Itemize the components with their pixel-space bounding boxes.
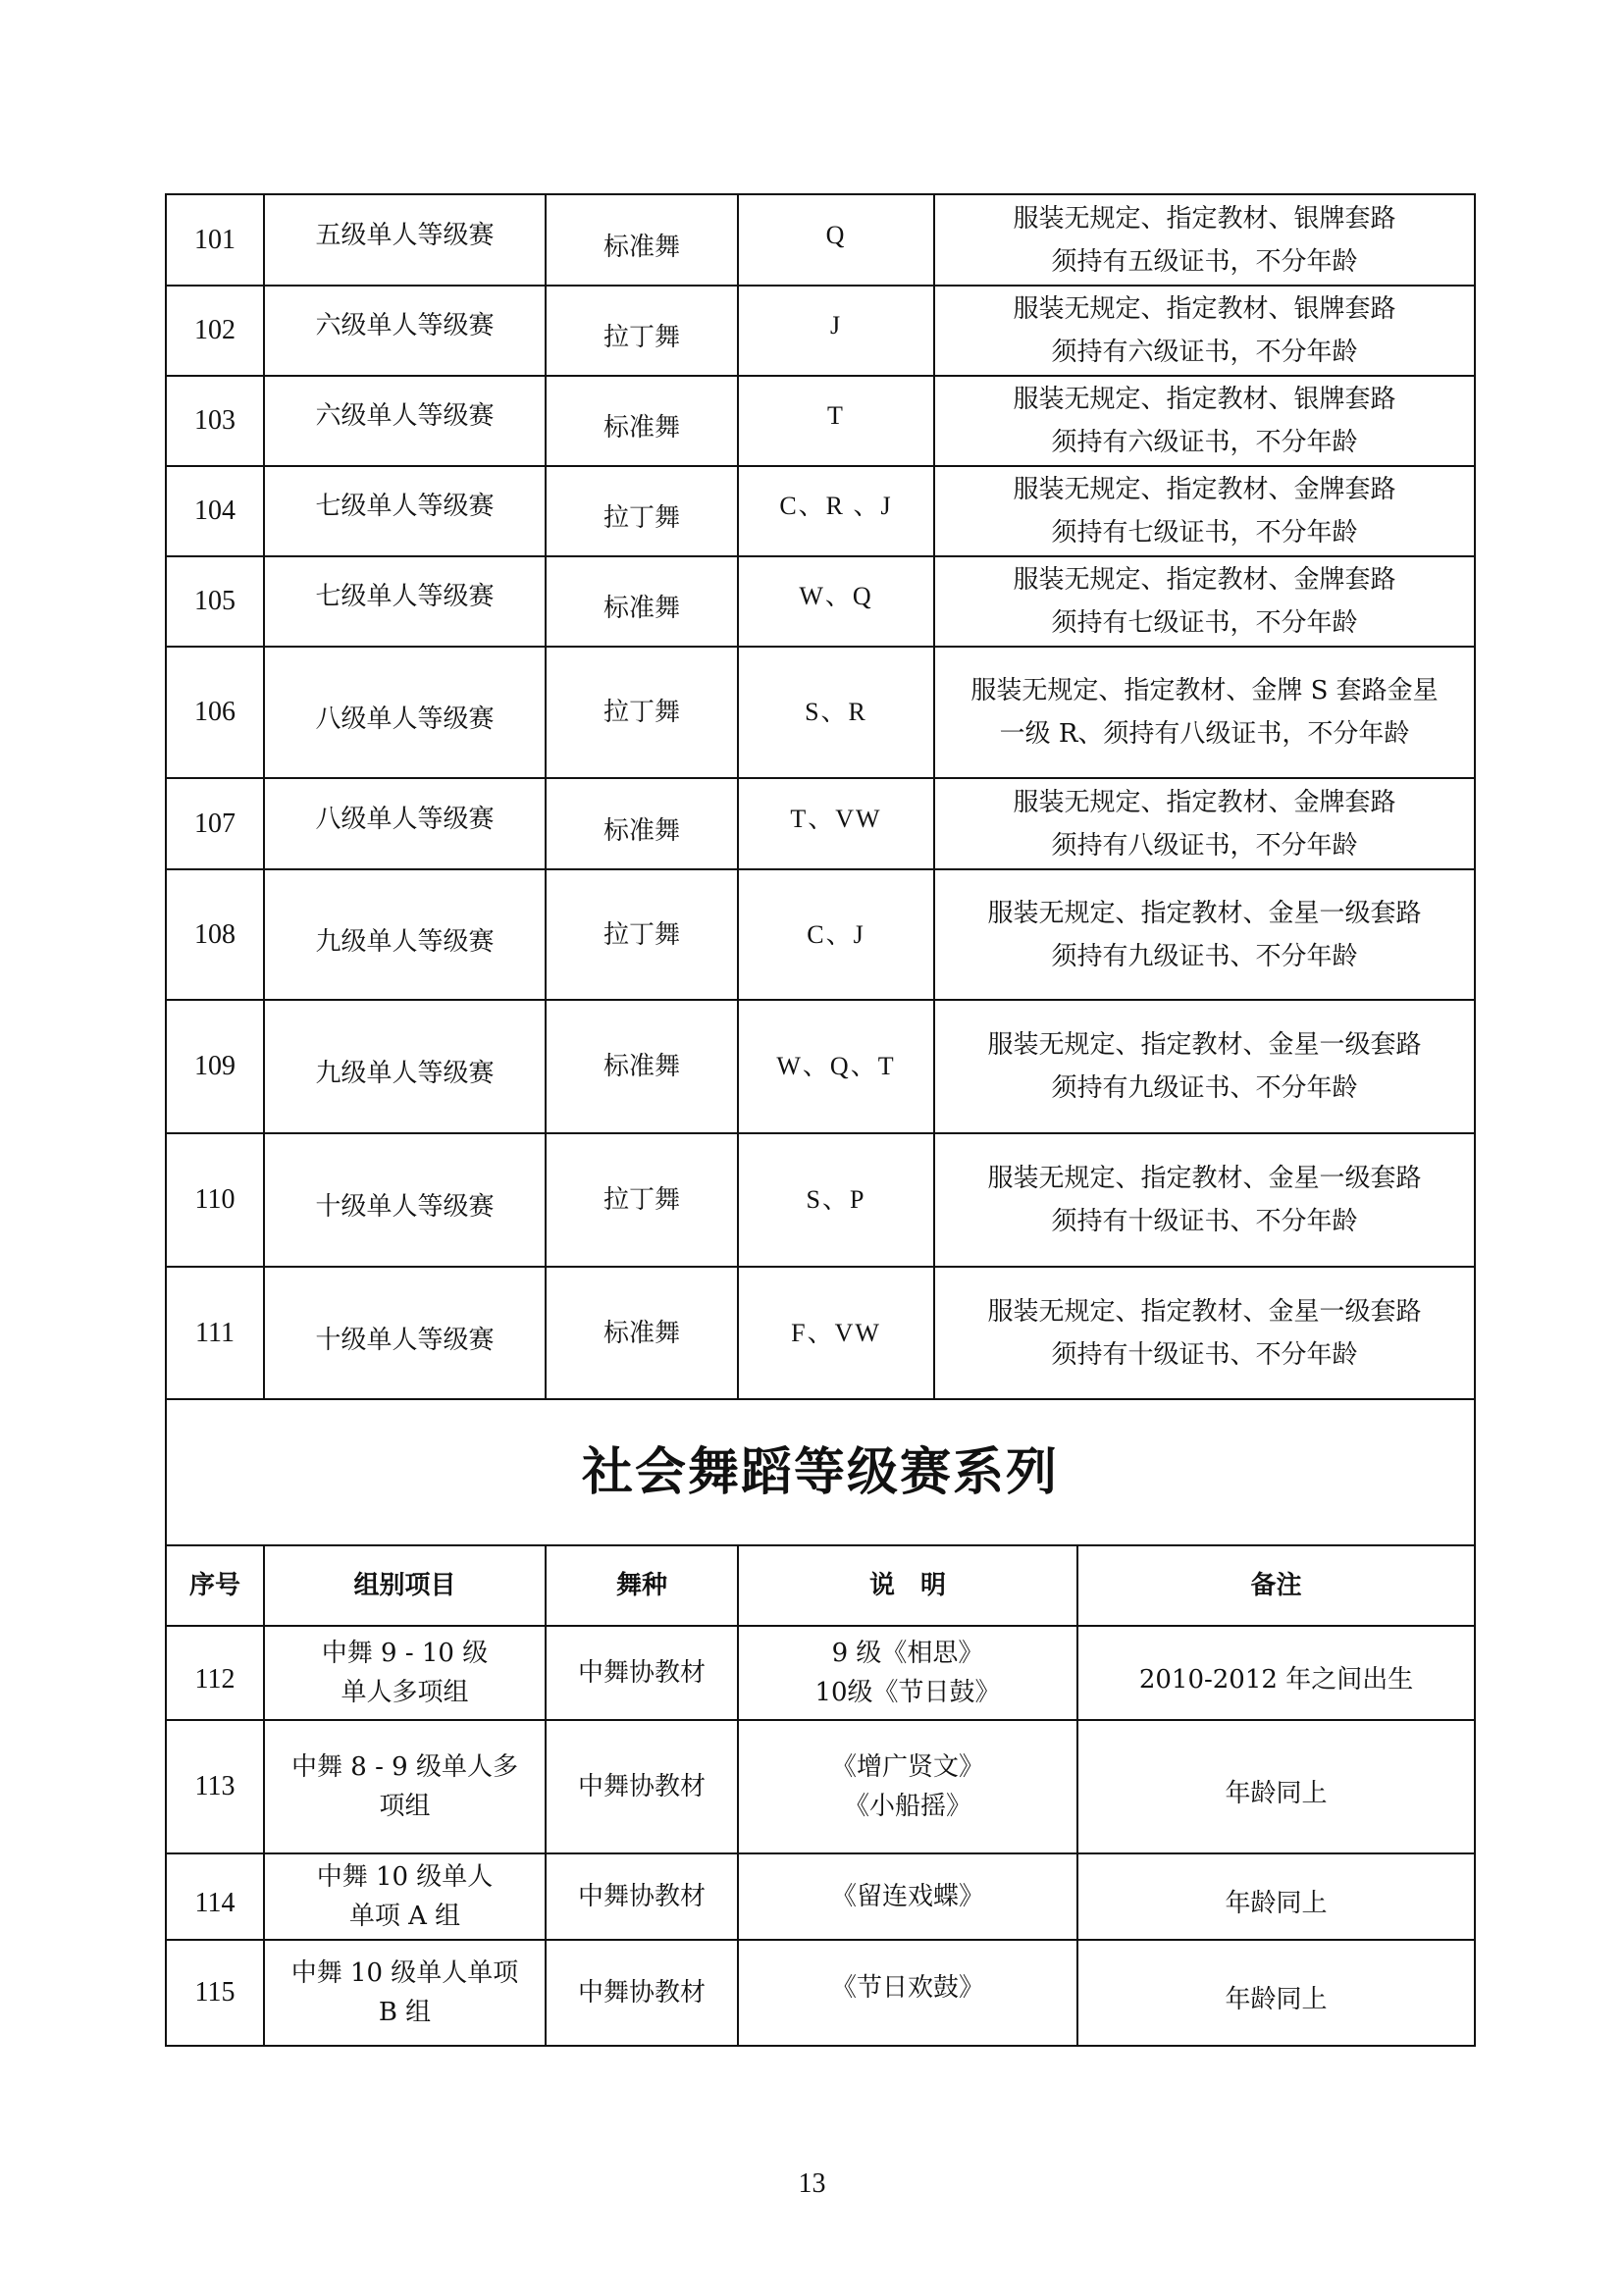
header-group: 组别项目 bbox=[264, 1545, 546, 1626]
row-number: 112 bbox=[166, 1626, 264, 1720]
group-name: 十级单人等级赛 bbox=[264, 1133, 546, 1267]
requirements-line-1: 服装无规定、指定教材、金牌套路 bbox=[941, 468, 1468, 511]
table-row: 107 八级单人等级赛 标准舞 T、VW 服装无规定、指定教材、金牌套路须持有八… bbox=[166, 778, 1475, 869]
dance-type: 中舞协教材 bbox=[546, 1853, 738, 1940]
requirements-line-2: 须持有五级证书，不分年龄 bbox=[941, 240, 1468, 284]
requirements-line-2: 须持有七级证书，不分年龄 bbox=[941, 511, 1468, 554]
remark: 2010-2012 年之间出生 bbox=[1077, 1626, 1475, 1720]
table-row: 110 十级单人等级赛 拉丁舞 S、P 服装无规定、指定教材、金星一级套路须持有… bbox=[166, 1133, 1475, 1267]
dance-type: 标准舞 bbox=[546, 778, 738, 869]
table-row: 108 九级单人等级赛 拉丁舞 C、J 服装无规定、指定教材、金星一级套路须持有… bbox=[166, 869, 1475, 1000]
dance-type: 标准舞 bbox=[546, 556, 738, 647]
group-name: 七级单人等级赛 bbox=[264, 556, 546, 647]
group-line-2: 单项 A 组 bbox=[271, 1897, 539, 1936]
dance-type: 标准舞 bbox=[546, 1000, 738, 1133]
requirements: 服装无规定、指定教材、银牌套路须持有六级证书，不分年龄 bbox=[934, 286, 1475, 376]
row-number: 104 bbox=[166, 466, 264, 556]
requirements-line-1: 服装无规定、指定教材、金星一级套路 bbox=[941, 892, 1468, 935]
group-line-2: B 组 bbox=[271, 1993, 539, 2032]
requirements-line-1: 服装无规定、指定教材、金牌套路 bbox=[941, 558, 1468, 601]
dance-code: T、VW bbox=[738, 778, 934, 869]
dance-code: C、R 、J bbox=[738, 466, 934, 556]
table-row: 111 十级单人等级赛 标准舞 F、VW 服装无规定、指定教材、金星一级套路须持… bbox=[166, 1267, 1475, 1399]
requirements-line-1: 服装无规定、指定教材、金星一级套路 bbox=[941, 1023, 1468, 1067]
dance-code: J bbox=[738, 286, 934, 376]
description-line-1: 9 级《相思》 bbox=[745, 1634, 1071, 1673]
row-number: 109 bbox=[166, 1000, 264, 1133]
requirements-line-1: 服装无规定、指定教材、金星一级套路 bbox=[941, 1290, 1468, 1333]
description: 《增广贤文》《小船摇》 bbox=[738, 1720, 1077, 1853]
dance-type: 中舞协教材 bbox=[546, 1720, 738, 1853]
dance-code: C、J bbox=[738, 869, 934, 1000]
requirements-line-2: 一级 R、须持有八级证书，不分年龄 bbox=[941, 712, 1468, 756]
table-row: 109 九级单人等级赛 标准舞 W、Q、T 服装无规定、指定教材、金星一级套路须… bbox=[166, 1000, 1475, 1133]
group-name: 中舞 10 级单人单项B 组 bbox=[264, 1940, 546, 2046]
header-description: 说 明 bbox=[738, 1545, 1077, 1626]
row-number: 111 bbox=[166, 1267, 264, 1399]
requirements-line-1: 服装无规定、指定教材、金牌套路 bbox=[941, 781, 1468, 824]
row-number: 101 bbox=[166, 194, 264, 286]
description-line-2: 《小船摇》 bbox=[745, 1787, 1071, 1826]
group-name: 九级单人等级赛 bbox=[264, 869, 546, 1000]
description-line-1: 《增广贤文》 bbox=[745, 1747, 1071, 1787]
table-row: 103 六级单人等级赛 标准舞 T 服装无规定、指定教材、银牌套路须持有六级证书… bbox=[166, 376, 1475, 466]
table-row: 106 八级单人等级赛 拉丁舞 S、R 服装无规定、指定教材、金牌 S 套路金星… bbox=[166, 647, 1475, 778]
dance-type: 拉丁舞 bbox=[546, 466, 738, 556]
dance-type: 标准舞 bbox=[546, 194, 738, 286]
row-number: 107 bbox=[166, 778, 264, 869]
page-number: 13 bbox=[0, 2168, 1624, 2200]
requirements-line-2: 须持有十级证书、不分年龄 bbox=[941, 1333, 1468, 1377]
table-row: 113 中舞 8 - 9 级单人多项组 中舞协教材 《增广贤文》《小船摇》 年龄… bbox=[166, 1720, 1475, 1853]
table-row: 104 七级单人等级赛 拉丁舞 C、R 、J 服装无规定、指定教材、金牌套路须持… bbox=[166, 466, 1475, 556]
requirements: 服装无规定、指定教材、金牌套路须持有八级证书，不分年龄 bbox=[934, 778, 1475, 869]
group-line-2: 单人多项组 bbox=[271, 1673, 539, 1712]
dance-code: F、VW bbox=[738, 1267, 934, 1399]
group-name: 中舞 9 - 10 级单人多项组 bbox=[264, 1626, 546, 1720]
group-name: 六级单人等级赛 bbox=[264, 376, 546, 466]
section-title-row: 社会舞蹈等级赛系列 bbox=[166, 1399, 1475, 1545]
group-name: 六级单人等级赛 bbox=[264, 286, 546, 376]
requirements-line-1: 服装无规定、指定教材、银牌套路 bbox=[941, 378, 1468, 421]
row-number: 115 bbox=[166, 1940, 264, 2046]
requirements: 服装无规定、指定教材、银牌套路须持有五级证书，不分年龄 bbox=[934, 194, 1475, 286]
table-row: 105 七级单人等级赛 标准舞 W、Q 服装无规定、指定教材、金牌套路须持有七级… bbox=[166, 556, 1475, 647]
dance-type: 拉丁舞 bbox=[546, 869, 738, 1000]
description-line-2: 10级《节日鼓》 bbox=[745, 1673, 1071, 1712]
row-number: 103 bbox=[166, 376, 264, 466]
requirements-line-1: 服装无规定、指定教材、金星一级套路 bbox=[941, 1157, 1468, 1200]
requirements-line-2: 须持有六级证书，不分年龄 bbox=[941, 331, 1468, 374]
remark: 年龄同上 bbox=[1077, 1853, 1475, 1940]
group-name: 五级单人等级赛 bbox=[264, 194, 546, 286]
remark: 年龄同上 bbox=[1077, 1940, 1475, 2046]
dance-type: 拉丁舞 bbox=[546, 286, 738, 376]
row-number: 102 bbox=[166, 286, 264, 376]
description: 《节日欢鼓》 bbox=[738, 1940, 1077, 2046]
requirements-line-2: 须持有九级证书、不分年龄 bbox=[941, 935, 1468, 978]
requirements: 服装无规定、指定教材、金星一级套路须持有九级证书、不分年龄 bbox=[934, 869, 1475, 1000]
row-number: 105 bbox=[166, 556, 264, 647]
group-name: 中舞 8 - 9 级单人多项组 bbox=[264, 1720, 546, 1853]
requirements: 服装无规定、指定教材、金星一级套路须持有九级证书、不分年龄 bbox=[934, 1000, 1475, 1133]
group-name: 七级单人等级赛 bbox=[264, 466, 546, 556]
row-number: 110 bbox=[166, 1133, 264, 1267]
row-number: 113 bbox=[166, 1720, 264, 1853]
group-line-1: 中舞 10 级单人单项 bbox=[271, 1954, 539, 1993]
table-row: 102 六级单人等级赛 拉丁舞 J 服装无规定、指定教材、银牌套路须持有六级证书… bbox=[166, 286, 1475, 376]
group-name: 八级单人等级赛 bbox=[264, 778, 546, 869]
group-line-2: 项组 bbox=[271, 1787, 539, 1826]
group-name: 十级单人等级赛 bbox=[264, 1267, 546, 1399]
dance-code: T bbox=[738, 376, 934, 466]
requirements: 服装无规定、指定教材、金星一级套路须持有十级证书、不分年龄 bbox=[934, 1267, 1475, 1399]
competition-table: 101 五级单人等级赛 标准舞 Q 服装无规定、指定教材、银牌套路须持有五级证书… bbox=[165, 193, 1476, 2047]
description: 9 级《相思》10级《节日鼓》 bbox=[738, 1626, 1077, 1720]
requirements-line-1: 服装无规定、指定教材、银牌套路 bbox=[941, 287, 1468, 331]
header-dance: 舞种 bbox=[546, 1545, 738, 1626]
dance-code: W、Q、T bbox=[738, 1000, 934, 1133]
header-remark: 备注 bbox=[1077, 1545, 1475, 1626]
requirements-line-2: 须持有八级证书，不分年龄 bbox=[941, 824, 1468, 867]
dance-type: 标准舞 bbox=[546, 376, 738, 466]
dance-type: 标准舞 bbox=[546, 1267, 738, 1399]
dance-code: Q bbox=[738, 194, 934, 286]
dance-type: 拉丁舞 bbox=[546, 1133, 738, 1267]
group-line-1: 中舞 8 - 9 级单人多 bbox=[271, 1747, 539, 1787]
group-name: 八级单人等级赛 bbox=[264, 647, 546, 778]
group-line-1: 中舞 10 级单人 bbox=[271, 1857, 539, 1897]
row-number: 108 bbox=[166, 869, 264, 1000]
requirements-line-2: 须持有七级证书，不分年龄 bbox=[941, 601, 1468, 645]
requirements: 服装无规定、指定教材、金星一级套路须持有十级证书、不分年龄 bbox=[934, 1133, 1475, 1267]
section-title: 社会舞蹈等级赛系列 bbox=[166, 1399, 1475, 1545]
requirements: 服装无规定、指定教材、银牌套路须持有六级证书，不分年龄 bbox=[934, 376, 1475, 466]
table-row: 112 中舞 9 - 10 级单人多项组 中舞协教材 9 级《相思》10级《节日… bbox=[166, 1626, 1475, 1720]
remark: 年龄同上 bbox=[1077, 1720, 1475, 1853]
row-number: 114 bbox=[166, 1853, 264, 1940]
dance-code: W、Q bbox=[738, 556, 934, 647]
table-row: 101 五级单人等级赛 标准舞 Q 服装无规定、指定教材、银牌套路须持有五级证书… bbox=[166, 194, 1475, 286]
dance-type: 拉丁舞 bbox=[546, 647, 738, 778]
table-row: 115 中舞 10 级单人单项B 组 中舞协教材 《节日欢鼓》 年龄同上 bbox=[166, 1940, 1475, 2046]
group-line-1: 中舞 9 - 10 级 bbox=[271, 1634, 539, 1673]
requirements-line-2: 须持有六级证书，不分年龄 bbox=[941, 421, 1468, 464]
group-name: 中舞 10 级单人单项 A 组 bbox=[264, 1853, 546, 1940]
table-row: 114 中舞 10 级单人单项 A 组 中舞协教材 《留连戏蝶》 年龄同上 bbox=[166, 1853, 1475, 1940]
requirements: 服装无规定、指定教材、金牌 S 套路金星一级 R、须持有八级证书，不分年龄 bbox=[934, 647, 1475, 778]
requirements-line-1: 服装无规定、指定教材、银牌套路 bbox=[941, 197, 1468, 240]
group-name: 九级单人等级赛 bbox=[264, 1000, 546, 1133]
dance-code: S、R bbox=[738, 647, 934, 778]
requirements: 服装无规定、指定教材、金牌套路须持有七级证书，不分年龄 bbox=[934, 466, 1475, 556]
table-header-row: 序号 组别项目 舞种 说 明 备注 bbox=[166, 1545, 1475, 1626]
requirements-line-2: 须持有十级证书、不分年龄 bbox=[941, 1200, 1468, 1243]
requirements-line-1: 服装无规定、指定教材、金牌 S 套路金星 bbox=[941, 669, 1468, 712]
dance-type: 中舞协教材 bbox=[546, 1940, 738, 2046]
requirements-line-2: 须持有九级证书、不分年龄 bbox=[941, 1067, 1468, 1110]
requirements: 服装无规定、指定教材、金牌套路须持有七级证书，不分年龄 bbox=[934, 556, 1475, 647]
dance-code: S、P bbox=[738, 1133, 934, 1267]
dance-type: 中舞协教材 bbox=[546, 1626, 738, 1720]
row-number: 106 bbox=[166, 647, 264, 778]
header-number: 序号 bbox=[166, 1545, 264, 1626]
description: 《留连戏蝶》 bbox=[738, 1853, 1077, 1940]
